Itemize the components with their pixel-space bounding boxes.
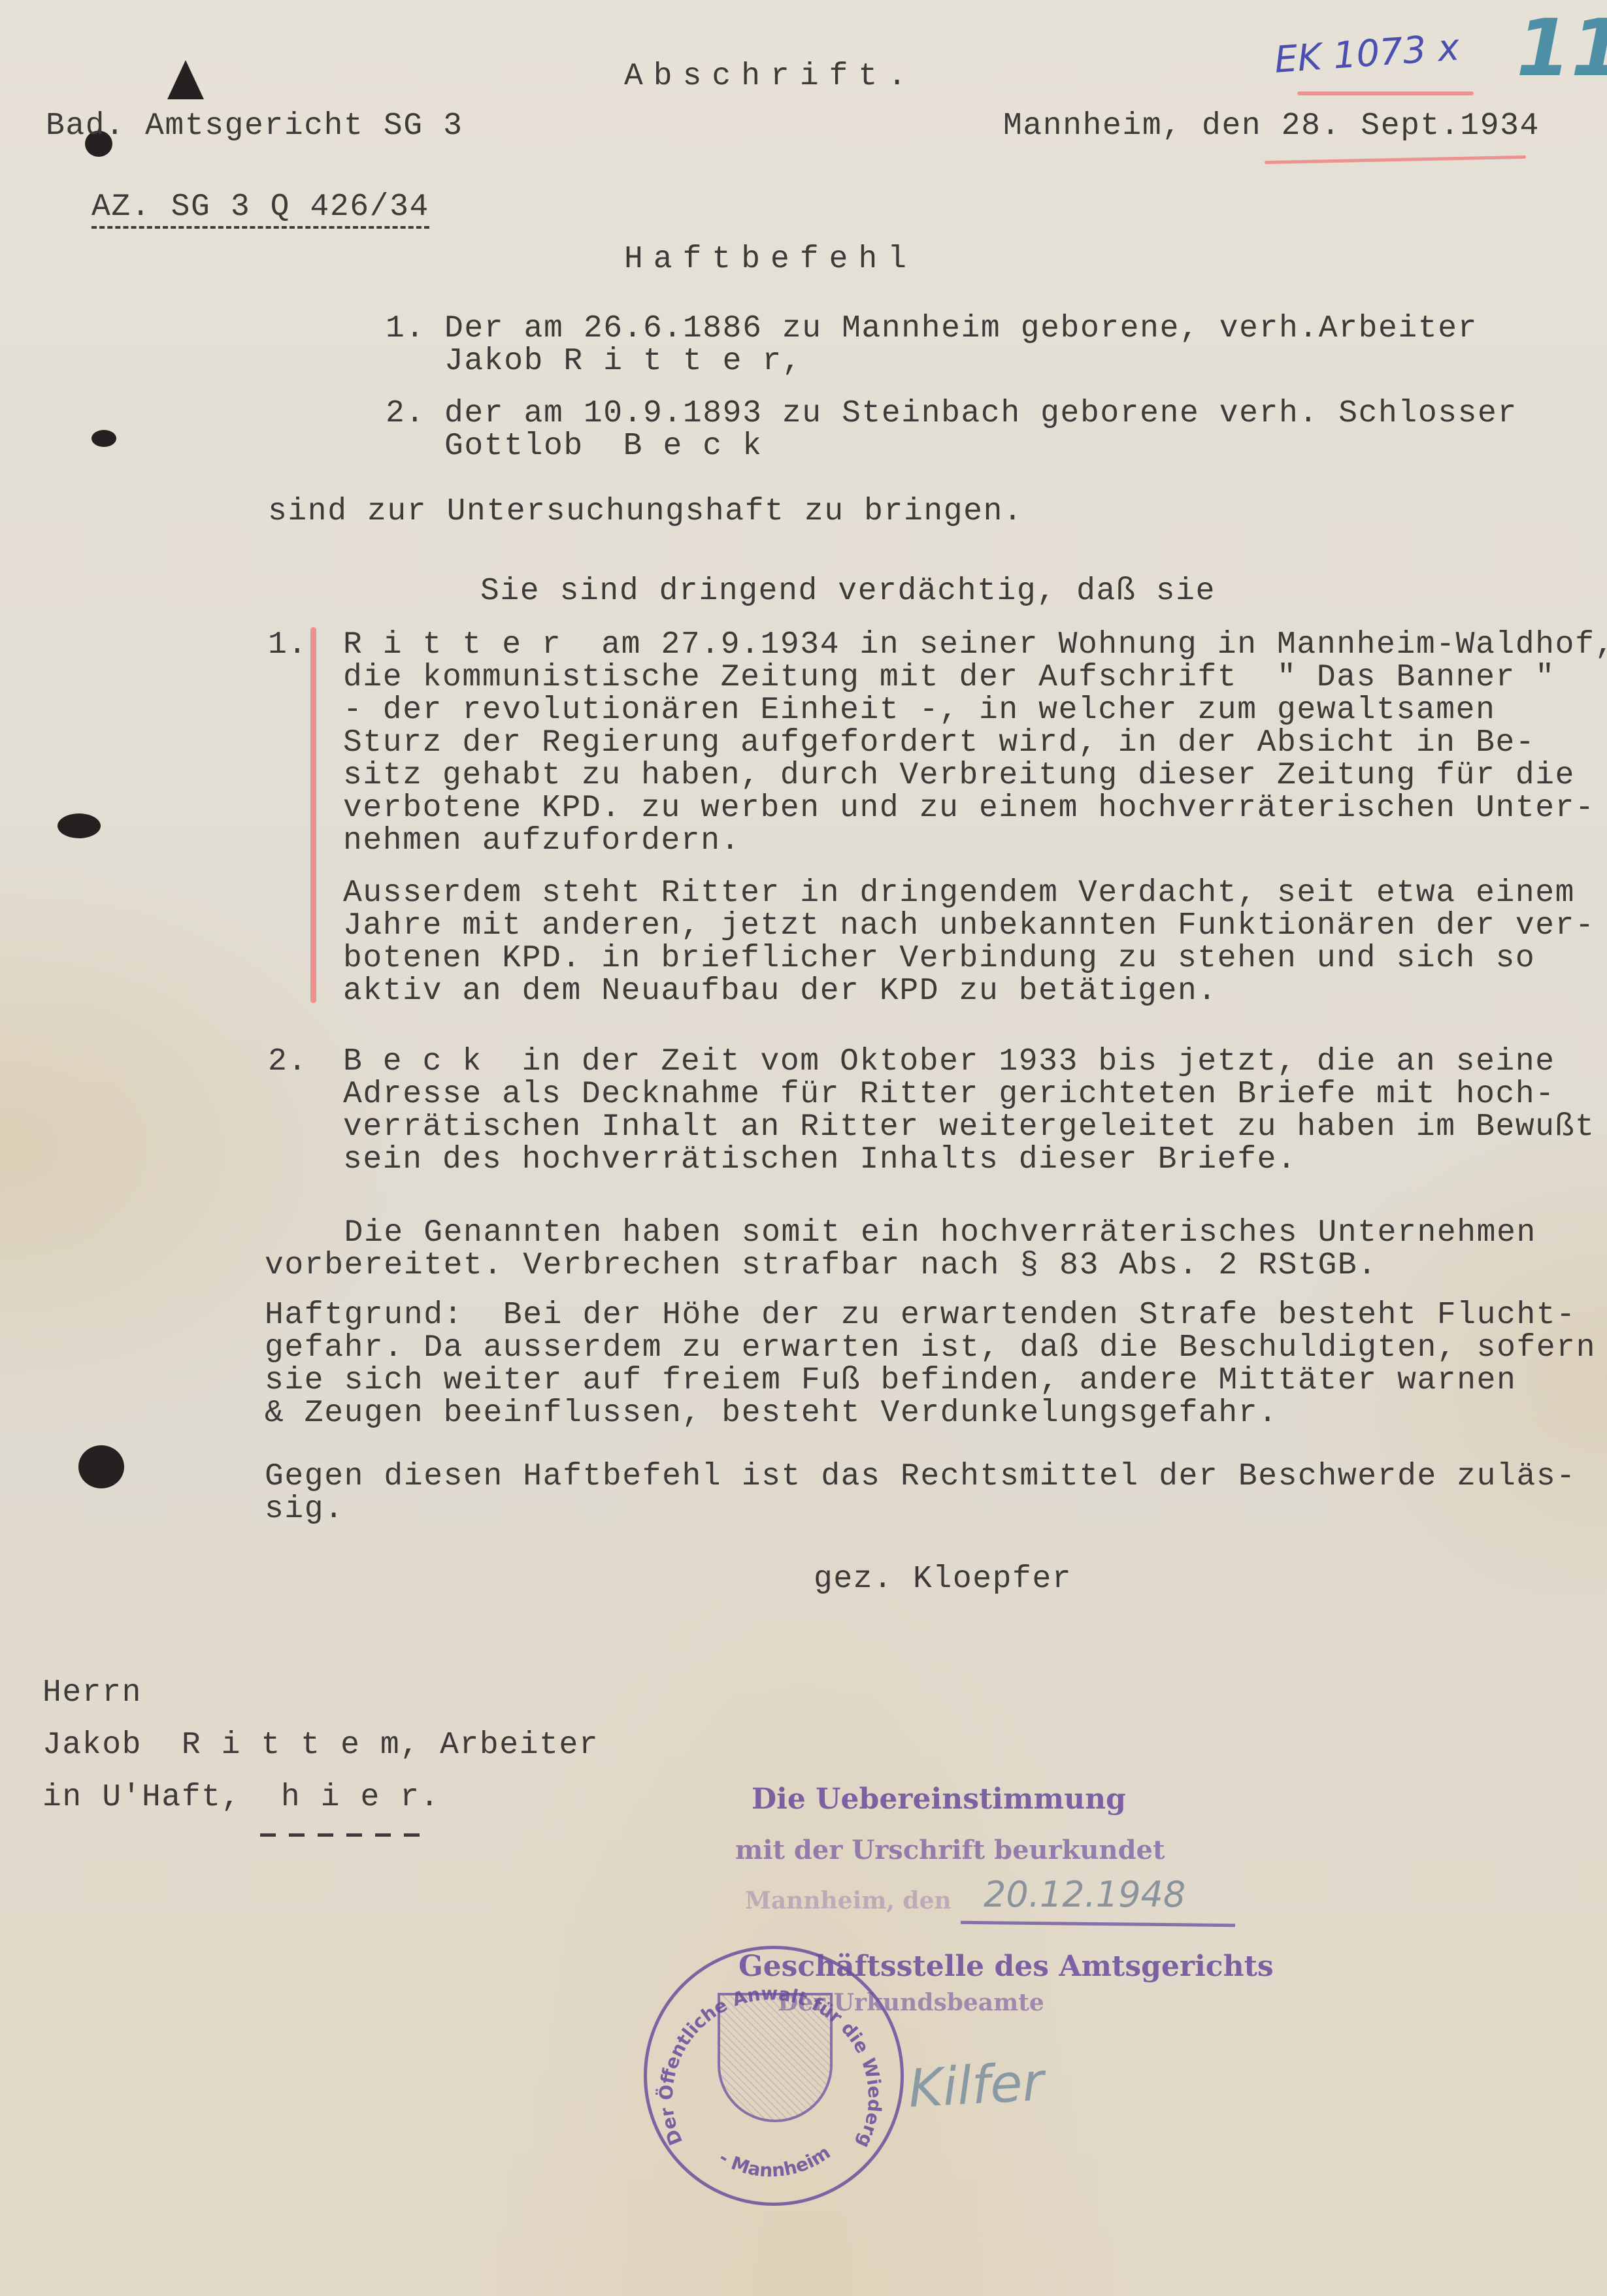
recipient-salutation: Herrn: [42, 1677, 142, 1709]
place-date: Mannheim, den 28. Sept.1934: [1003, 110, 1540, 142]
handwritten-ref: EK 1073 x: [1273, 26, 1461, 82]
grounds-line: & Zeugen beeinflussen, besteht Verdunkel…: [265, 1397, 1278, 1430]
seal-text-ring: Der Öffentliche Anwalt für die Wiedergut…: [644, 1946, 897, 2199]
red-margin-mark: [310, 627, 316, 1003]
stamp-line: mit der Urschrift beurkundet: [735, 1835, 1165, 1865]
punch-hole-middle: [58, 813, 101, 838]
charge-2-line: B e c k in der Zeit vom Oktober 1933 bis…: [343, 1045, 1555, 1078]
recipient-name: Jakob R i t t e m, Arbeiter: [42, 1729, 599, 1762]
charge-1-addendum-line: botenen KPD. in brieflicher Verbindung z…: [343, 942, 1535, 975]
seal-text: Der Öffentliche Anwalt für die Wiedergut…: [644, 1946, 886, 2152]
charge-2-line: Adresse als Decknahme für Ritter gericht…: [343, 1078, 1555, 1111]
punch-hole-lower: [78, 1445, 124, 1488]
red-underline-date: [1265, 156, 1526, 164]
accused-1-line2: Jakob R i t t e r,: [444, 345, 802, 378]
charge-1-line: R i t t e r am 27.9.1934 in seiner Wohnu…: [343, 629, 1607, 661]
svg-text:Der Öffentliche Anwalt für die: Der Öffentliche Anwalt für die Wiedergut…: [644, 1946, 886, 2152]
recipient-location: in U'Haft, h i e r.: [42, 1781, 440, 1814]
punch-hole-top-triangle: [167, 60, 204, 99]
order-statement: sind zur Untersuchungshaft zu bringen.: [268, 495, 1023, 528]
charge-1-line: die kommunistische Zeitung mit der Aufsc…: [343, 661, 1555, 694]
charge-2-line: sein des hochverrätischen Inhalts dieser…: [343, 1143, 1297, 1176]
punch-hole-upper: [91, 430, 116, 447]
folio-number: 11: [1516, 3, 1607, 94]
stamp-date-underline: [961, 1921, 1235, 1927]
document-type-heading: Haftbefehl: [624, 243, 917, 276]
suspicion-intro: Sie sind dringend verdächtig, daß sie: [480, 575, 1216, 608]
charge-2-number: 2.: [268, 1045, 308, 1078]
charge-1-line: verbotene KPD. zu werben und zu einem ho…: [343, 792, 1595, 825]
signature: gez. Kloepfer: [814, 1563, 1072, 1596]
grounds-line: sie sich weiter auf freiem Fuß befinden,…: [265, 1364, 1517, 1397]
grounds-line: Haftgrund: Bei der Höhe der zu erwartend…: [265, 1299, 1576, 1332]
red-underline-ref: [1297, 91, 1474, 95]
charge-1-line: Sturz der Regierung aufgefordert wird, i…: [343, 727, 1535, 759]
court-name: Bad. Amtsgericht SG 3: [46, 110, 463, 142]
accused-2-line1: der am 10.9.1893 zu Steinbach geborene v…: [444, 397, 1517, 430]
charge-1-line: sitz gehabt zu haben, durch Verbreitung …: [343, 759, 1575, 792]
stamp-line: Mannheim, den: [745, 1887, 952, 1914]
official-signature: Kilfer: [907, 2052, 1046, 2120]
stamp-date-handwritten: 20.12.1948: [984, 1874, 1185, 1915]
accused-1-number: 1.: [386, 312, 425, 345]
accused-2-number: 2.: [386, 397, 425, 430]
charge-1-number: 1.: [268, 629, 308, 661]
document-title: Abschrift.: [624, 60, 917, 93]
remedy-line: Gegen diesen Haftbefehl ist das Rechtsmi…: [265, 1460, 1576, 1493]
recipient-dash-underline: [260, 1833, 420, 1837]
stamp-line: Die Uebereinstimmung: [752, 1782, 1126, 1816]
file-number: AZ. SG 3 Q 426/34: [91, 191, 429, 229]
conclusion-line: vorbereitet. Verbrechen strafbar nach § …: [265, 1249, 1378, 1282]
charge-1-addendum-line: Jahre mit anderen, jetzt nach unbekannte…: [343, 910, 1595, 942]
accused-1-line1: Der am 26.6.1886 zu Mannheim geborene, v…: [444, 312, 1478, 345]
remedy-line: sig.: [265, 1493, 344, 1526]
charge-2-line: verrätischen Inhalt an Ritter weitergele…: [343, 1111, 1595, 1143]
accused-2-line2: Gottlob B e c k: [444, 430, 762, 463]
conclusion-line: Die Genannten haben somit ein hochverrät…: [265, 1217, 1536, 1249]
charge-1-line: - der revolutionären Einheit -, in welch…: [343, 694, 1495, 727]
grounds-line: gefahr. Da ausserdem zu erwarten ist, da…: [265, 1332, 1596, 1364]
charge-1-addendum-line: Ausserdem steht Ritter in dringendem Ver…: [343, 877, 1575, 910]
charge-1-addendum-line: aktiv an dem Neuaufbau der KPD zu betäti…: [343, 975, 1218, 1008]
charge-1-line: nehmen aufzufordern.: [343, 825, 740, 857]
